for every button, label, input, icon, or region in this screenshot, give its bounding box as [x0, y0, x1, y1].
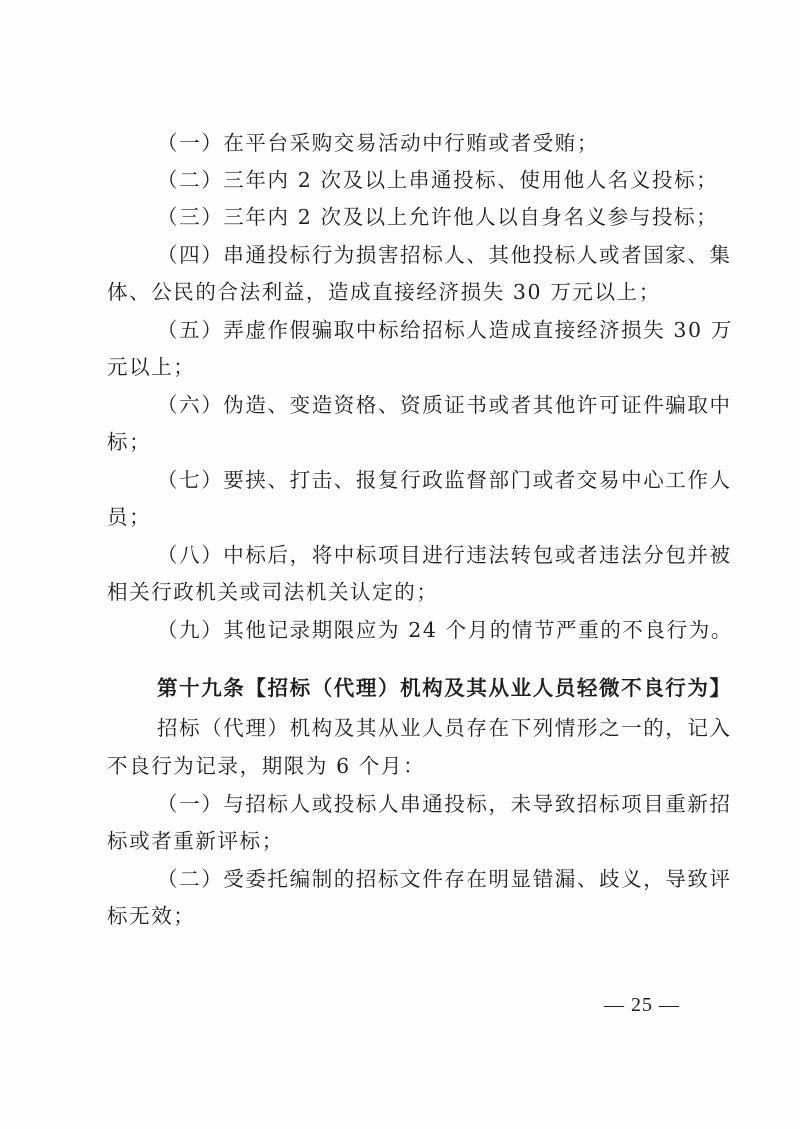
page-number: — 25 —	[604, 993, 680, 1017]
clause-item-7-cont: 员；	[107, 505, 707, 529]
minor-item-1: （一）与招标人或投标人串通投标，未导致招标项目重新招	[157, 792, 757, 816]
clause-item-8: （八）中标后，将中标项目进行违法转包或者违法分包并被	[157, 543, 757, 567]
clause-item-6: （六）伪造、变造资格、资质证书或者其他许可证件骗取中	[157, 393, 757, 417]
clause-item-8-cont: 相关行政机关或司法机关认定的；	[107, 580, 707, 604]
clause-item-3: （三）三年内 2 次及以上允许他人以自身名义参与投标；	[157, 205, 757, 229]
clause-item-7: （七）要挟、打击、报复行政监督部门或者交易中心工作人	[157, 468, 757, 492]
clause-item-9: （九）其他记录期限应为 24 个月的情节严重的不良行为。	[157, 618, 757, 642]
document-page: （一）在平台采购交易活动中行贿或者受贿； （二）三年内 2 次及以上串通投标、使…	[0, 0, 800, 1129]
article-intro: 招标（代理）机构及其从业人员存在下列情形之一的，记入	[157, 716, 757, 740]
article-intro-cont: 不良行为记录，期限为 6 个月：	[107, 754, 707, 778]
minor-item-2-cont: 标无效；	[107, 904, 707, 928]
clause-item-2: （二）三年内 2 次及以上串通投标、使用他人名义投标；	[157, 168, 757, 192]
clause-item-5-cont: 元以上；	[107, 355, 707, 379]
clause-item-4-cont: 体、公民的合法利益，造成直接经济损失 30 万元以上；	[107, 280, 707, 304]
clause-item-5: （五）弄虚作假骗取中标给招标人造成直接经济损失 30 万	[157, 318, 757, 342]
minor-item-1-cont: 标或者重新评标；	[107, 829, 707, 853]
clause-item-4: （四）串通投标行为损害招标人、其他投标人或者国家、集	[157, 243, 757, 267]
article-heading: 第十九条【招标（代理）机构及其从业人员轻微不良行为】	[157, 676, 757, 700]
minor-item-2: （二）受委托编制的招标文件存在明显错漏、歧义，导致评	[157, 867, 757, 891]
clause-item-6-cont: 标；	[107, 430, 707, 454]
clause-item-1: （一）在平台采购交易活动中行贿或者受贿；	[157, 131, 757, 155]
